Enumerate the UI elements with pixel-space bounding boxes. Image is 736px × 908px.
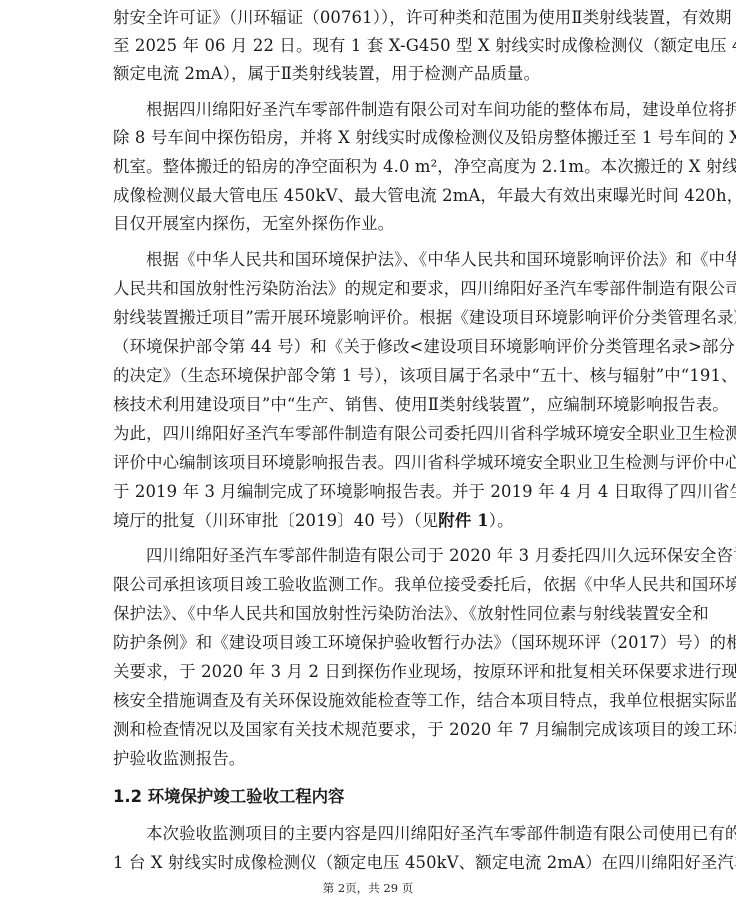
section-heading: 1.2 环境保护竣工验收工程内容 (113, 787, 344, 807)
body-text-line: 防护条例》和《建设项目竣工环境保护验收暂行办法》（国环规环评（2017）号）的相 (113, 633, 681, 653)
body-text-line: 人民共和国放射性污染防治法》的规定和要求，四川绵阳好圣汽车零部件制造有限公司“X (113, 279, 681, 299)
body-text-line: 成像检测仪最大管电压 450kV、最大管电流 2mA，年最大有效出束曝光时间 4… (113, 186, 681, 206)
body-text-line: 的决定》（生态环境保护部令第 1 号），该项目属于名录中“五十、核与辐射”中“1… (113, 366, 681, 386)
body-text-line: 境厅的批复（川环审批〔2019〕40 号）（见附件 1）。 (113, 511, 681, 531)
body-text-line: 目仅开展室内探伤，无室外探伤作业。 (113, 214, 681, 234)
body-text-line: 四川绵阳好圣汽车零部件制造有限公司于 2020 年 3 月委托四川久远环保安全咨… (113, 546, 681, 566)
body-text-line: 本次验收监测项目的主要内容是四川绵阳好圣汽车零部件制造有限公司使用已有的 (113, 824, 681, 844)
body-text-line: 保护法》、《中华人民共和国放射性污染防治法》、《放射性同位素与射线装置安全和 (113, 604, 681, 624)
body-text-line: 核技术利用建设项目”中“生产、销售、使用Ⅱ类射线装置”，应编制环境影响报告表。 (113, 395, 681, 415)
body-text-line: （环境保护部令第 44 号）和《关于修改<建设项目环境影响评价分类管理名录>部分… (113, 337, 681, 357)
attachment-reference: 附件 1 (438, 511, 489, 530)
body-text-line: 护验收监测报告。 (113, 749, 681, 769)
body-text-line: 射线装置搬迁项目”需开展环境影响评价。根据《建设项目环境影响评价分类管理名录》 (113, 308, 681, 328)
body-text-line: 关要求，于 2020 年 3 月 2 日到探伤作业现场，按原环评和批复相关环保要… (113, 662, 681, 682)
body-text-line: 除 8 号车间中探伤铅房，并将 X 射线实时成像检测仪及铅房整体搬迁至 1 号车… (113, 128, 681, 148)
body-text-line: 为此，四川绵阳好圣汽车零部件制造有限公司委托四川省科学城环境安全职业卫生检测与 (113, 424, 681, 444)
body-text-line: 根据《中华人民共和国环境保护法》、《中华人民共和国环境影响评价法》和《中华 (113, 250, 681, 270)
body-text-line: 评价中心编制该项目环境影响报告表。四川省科学城环境安全职业卫生检测与评价中心 (113, 453, 681, 473)
body-text-line: 机室。整体搬迁的铅房的净空面积为 4.0 m²，净空高度为 2.1m。本次搬迁的… (113, 157, 681, 177)
body-text-line: 1 台 X 射线实时成像检测仪（额定电压 450kV、额定电流 2mA）在四川绵… (113, 853, 681, 873)
body-text-line: 至 2025 年 06 月 22 日。现有 1 套 X-G450 型 X 射线实… (113, 36, 681, 56)
body-text-segment: ）。 (489, 511, 514, 530)
body-text-line: 核安全措施调查及有关环保设施效能检查等工作，结合本项目特点，我单位根据实际监 (113, 691, 681, 711)
body-text-line: 测和检查情况以及国家有关技术规范要求，于 2020 年 7 月编制完成该项目的竣… (113, 720, 681, 740)
body-text-line: 额定电流 2mA），属于Ⅱ类射线装置，用于检测产品质量。 (113, 64, 681, 84)
body-text-line: 限公司承担该项目竣工验收监测工作。我单位接受委托后，依据《中华人民共和国环境 (113, 575, 681, 595)
page-number-footer: 第 2页，共 29 页 (0, 880, 736, 896)
body-text-line: 射安全许可证》（川环辐证（00761）），许可种类和范围为使用Ⅱ类射线装置，有效… (113, 8, 681, 28)
body-text-line: 根据四川绵阳好圣汽车零部件制造有限公司对车间功能的整体布局，建设单位将拆 (113, 100, 681, 120)
body-text-segment: 境厅的批复（川环审批〔2019〕40 号）（见 (113, 511, 438, 530)
body-text-line: 于 2019 年 3 月编制完成了环境影响报告表。并于 2019 年 4 月 4… (113, 482, 681, 502)
